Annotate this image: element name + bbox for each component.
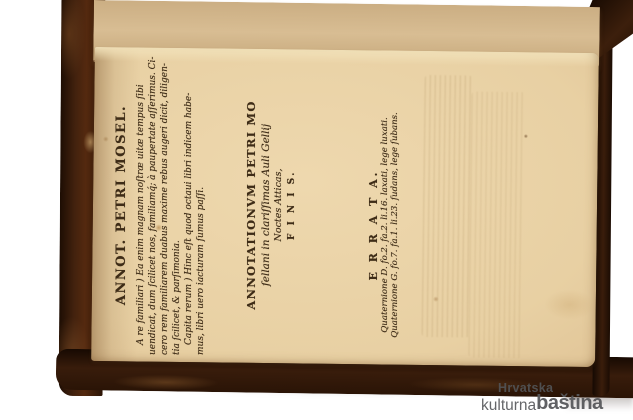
watermark-line2-regular: kulturna bbox=[481, 398, 536, 414]
photo-scene: ANNOT. PETRI MOSEL. A re familiari ) Ea … bbox=[0, 0, 633, 420]
errata-line: Quaternione D. fo.2. fa.2. li.16. laxati… bbox=[380, 95, 391, 355]
text-line: Capita rerum ) Hinc eſt quod octaui libr… bbox=[183, 75, 195, 355]
errata-line: Quaternione G. fo.7. fa.1. li.23. ſudans… bbox=[390, 95, 401, 355]
text-line: tia ſcilicet, & parſimonia. bbox=[171, 75, 183, 355]
colophon-line: Noctes Atticas, bbox=[273, 55, 284, 355]
colophon-line: ſellani in clariſſimas Auli Gellij bbox=[260, 55, 272, 355]
colophon-block: ANNOTATIONVM PETRI MO ſellani in clariſſ… bbox=[244, 55, 297, 355]
show-through-text bbox=[468, 92, 525, 359]
finis-line: F I N I S. bbox=[287, 55, 297, 355]
text-line: mus, libri uero iacturam ſumus paſſi. bbox=[195, 75, 207, 355]
text-line: cero rem familiarem duabus maxime rebus … bbox=[159, 75, 171, 355]
watermark: Hrvatska kulturnabaština bbox=[481, 381, 603, 413]
text-line: uendicat, dum ſcilicet nos, familiamq́; … bbox=[147, 75, 159, 355]
errata-heading: E R R A T A. bbox=[367, 95, 380, 355]
errata-block: E R R A T A. Quaternione D. fo.2. fa.2. … bbox=[367, 95, 401, 355]
text-line: A re familiari ) Ea enim magnam noſtræ u… bbox=[135, 75, 147, 355]
annot-paragraph: A re familiari ) Ea enim magnam noſtræ u… bbox=[135, 75, 208, 355]
show-through-text bbox=[421, 75, 472, 338]
watermark-line2: kulturnabaština bbox=[481, 393, 603, 413]
annot-heading: ANNOT. PETRI MOSEL. bbox=[114, 55, 129, 355]
printed-text-rotated: ANNOT. PETRI MOSEL. A re familiari ) Ea … bbox=[112, 35, 412, 355]
colophon-heading: ANNOTATIONVM PETRI MO bbox=[244, 55, 258, 355]
watermark-line2-bold: baština bbox=[536, 393, 603, 413]
